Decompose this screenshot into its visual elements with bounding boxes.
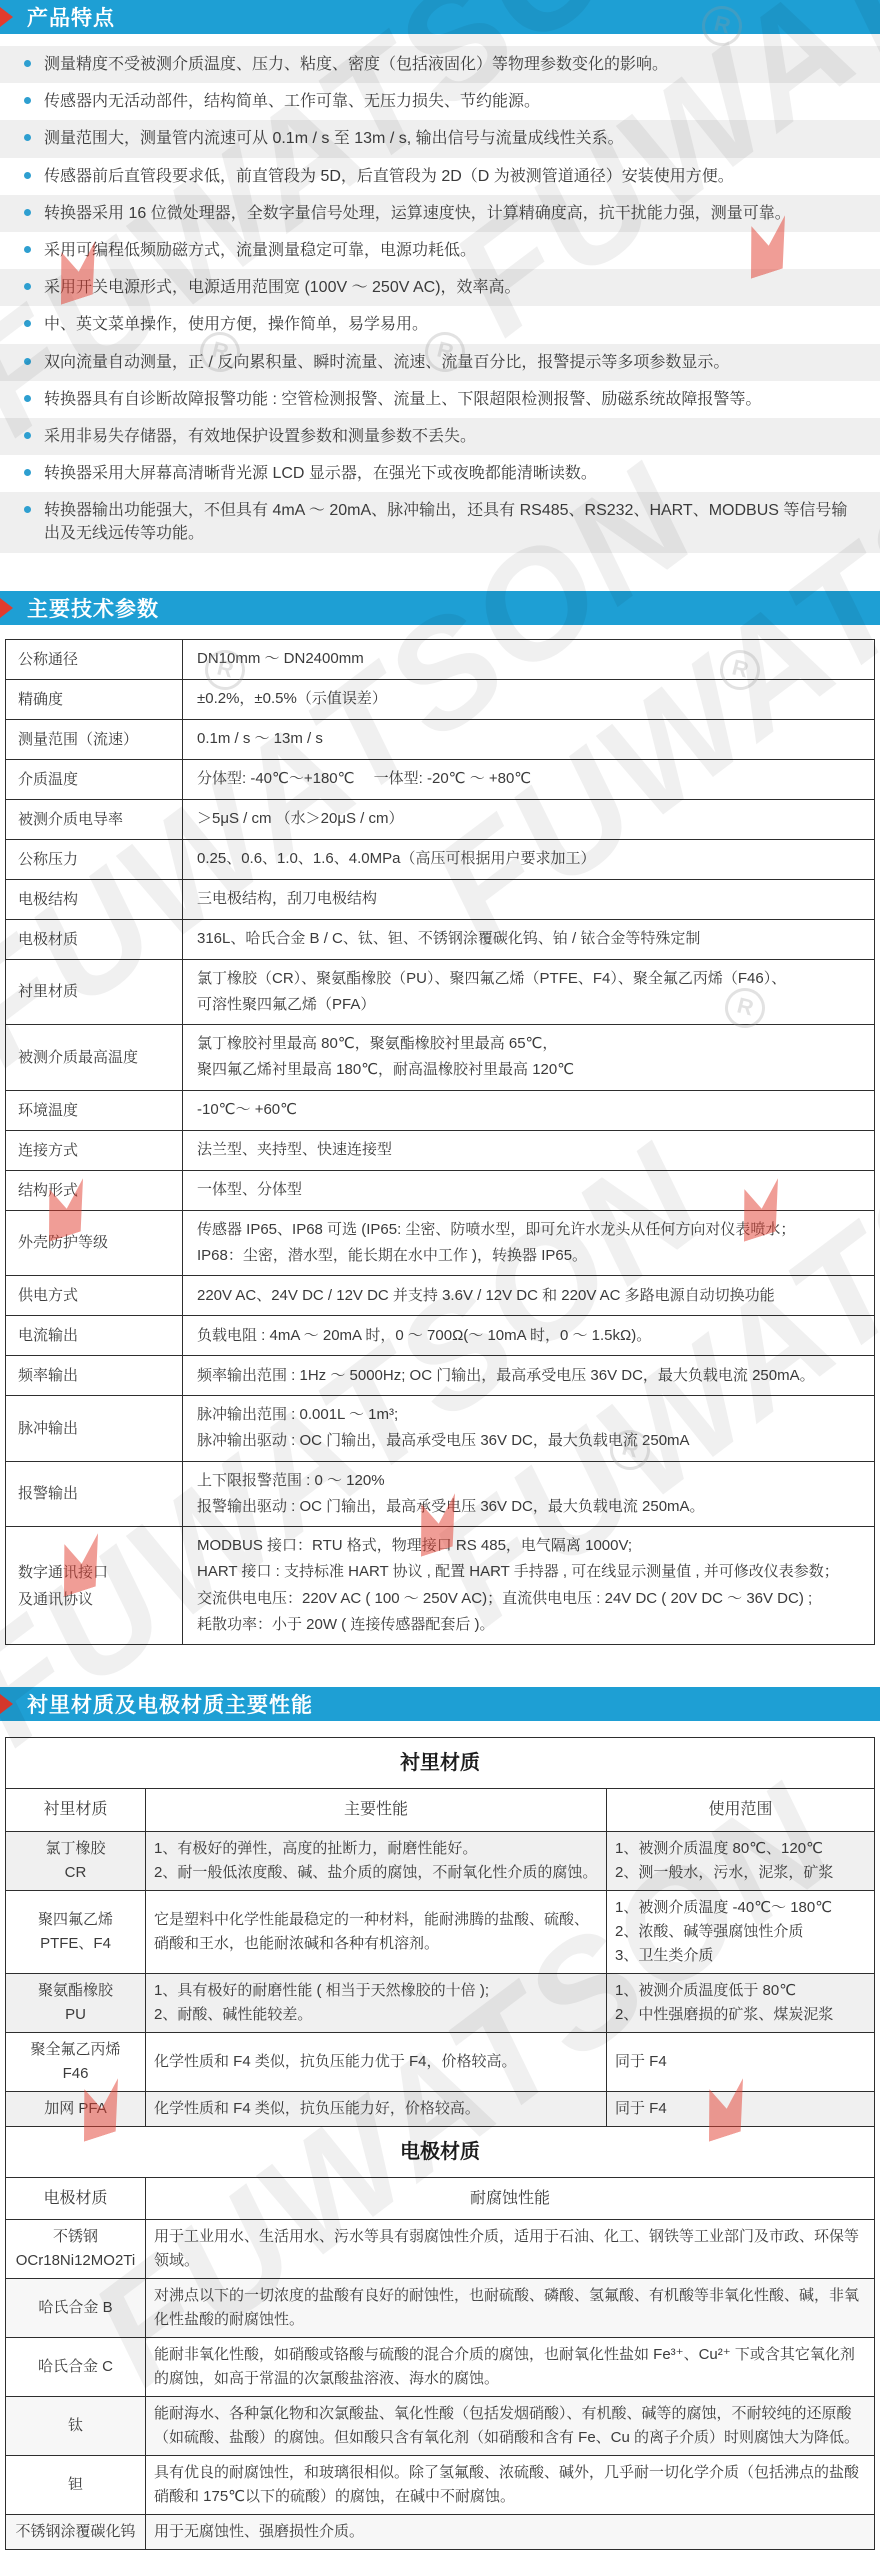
feature-item: 采用可编程低频励磁方式，流量测量稳定可靠，电源功耗低。 — [0, 232, 880, 269]
tech-param-row: 测量范围（流速）0.1m / s ～ 13m / s — [6, 719, 875, 759]
feature-text: 转换器具有自诊断故障报警功能 : 空管检测报警、流量上、下限超限检测报警、励磁系… — [44, 388, 761, 411]
banner-arrow-icon — [0, 1694, 13, 1714]
tech-param-value-line: 可溶性聚四氟乙烯（PFA） — [197, 992, 868, 1018]
lining-name-line: PU — [14, 2003, 137, 2027]
electrode-header-body: 电极材质 电极材质 耐腐蚀性能 — [6, 2126, 875, 2220]
electrode-row: 不锈钢涂覆碳化钨用于无腐蚀性、强磨损性介质。 — [6, 2515, 875, 2550]
tech-param-label: 电流输出 — [6, 1316, 183, 1356]
tech-param-row: 精确度±0.2%，±0.5%（示值误差） — [6, 679, 875, 719]
tech-param-label: 被测介质电导率 — [6, 799, 183, 839]
tech-param-value-line: 三电极结构，刮刀电极结构 — [197, 886, 868, 912]
tech-param-value: 分体型: -40℃～+180℃ 一体型: -20℃ ～ +80℃ — [183, 759, 875, 799]
tech-param-value-line: 法兰型、夹持型、快速连接型 — [197, 1137, 868, 1163]
lining-name-line: F46 — [14, 2062, 137, 2086]
lining-name-line: 聚四氟乙烯 — [14, 1908, 137, 1932]
lining-row: 聚氨酯橡胶PU1、具有极好的耐磨性能 ( 相当于天然橡胶的十倍 );2、耐酸、碱… — [6, 1973, 875, 2032]
tech-params-banner: 主要技术参数 — [0, 591, 880, 625]
tech-param-value-line: DN10mm ～ DN2400mm — [197, 646, 868, 672]
tech-param-label: 外壳防护等级 — [6, 1210, 183, 1276]
feature-item: 双向流量自动测量，正 / 反向累积量、瞬时流量、流速、流量百分比，报警提示等多项… — [0, 344, 880, 381]
electrode-performance: 能耐海水、各种氯化物和次氯酸盐、氧化性酸（包括发烟硝酸）、有机酸、碱等的腐蚀，不… — [146, 2397, 875, 2456]
tech-param-label: 公称压力 — [6, 839, 183, 879]
tech-param-value-line: 脉冲输出驱动 : OC 门输出，最高承受电压 36V DC，最大负载电流 250… — [197, 1428, 868, 1454]
lining-usage-line: 1、被测介质温度 -40℃～ 180℃ — [615, 1896, 866, 1920]
tech-param-row: 脉冲输出脉冲输出范围 : 0.001L ～ 1m³;脉冲输出驱动 : OC 门输… — [6, 1396, 875, 1462]
lining-material-name: 聚四氟乙烯PTFE、F4 — [6, 1890, 146, 1973]
bullet-dot-icon — [24, 395, 31, 402]
electrode-name-line: 钽 — [14, 2473, 137, 2497]
bullet-dot-icon — [24, 506, 31, 513]
electrode-row: 哈氏合金 C能耐非氧化性酸，如硝酸或铬酸与硫酸的混合介质的腐蚀，也耐氧化性盐如 … — [6, 2338, 875, 2397]
bullet-dot-icon — [24, 283, 31, 290]
tech-param-value-line: IP68：尘密，潜水型，能长期在水中工作 )，转换器 IP65。 — [197, 1243, 868, 1269]
feature-item: 转换器采用 16 位微处理器，全数字量信号处理，运算速度快，计算精确度高，抗干扰… — [0, 195, 880, 232]
tech-param-value: 负载电阻 : 4mA ～ 20mA 时，0 ～ 700Ω(～ 10mA 时，0 … — [183, 1316, 875, 1356]
materials-title: 衬里材质及电极材质主要性能 — [27, 1689, 313, 1719]
lining-usage-line: 1、被测介质温度 80℃、120℃ — [615, 1837, 866, 1861]
lining-name-line: CR — [14, 1861, 137, 1885]
bullet-dot-icon — [24, 432, 31, 439]
electrode-subtitle: 电极材质 — [6, 2126, 875, 2177]
tech-param-label: 结构形式 — [6, 1170, 183, 1210]
tech-param-row: 公称通径DN10mm ～ DN2400mm — [6, 639, 875, 679]
tech-param-value-line: 0.1m / s ～ 13m / s — [197, 726, 868, 752]
lining-performance-line: 1、具有极好的耐磨性能 ( 相当于天然橡胶的十倍 ); — [154, 1979, 598, 2003]
electrode-header-material: 电极材质 — [6, 2177, 146, 2220]
tech-param-label: 频率输出 — [6, 1356, 183, 1396]
product-spec-page: 产品特点 测量精度不受被测介质温度、压力、粘度、密度（包括液固化）等物理参数变化… — [0, 0, 880, 2564]
tech-params-table-body: 公称通径DN10mm ～ DN2400mm精确度±0.2%，±0.5%（示值误差… — [6, 639, 875, 1645]
bullet-dot-icon — [24, 172, 31, 179]
electrode-name-line: 不锈钢 — [14, 2225, 137, 2249]
tech-param-row: 外壳防护等级传感器 IP65、IP68 可选 (IP65: 尘密、防喷水型，即可… — [6, 1210, 875, 1276]
tech-param-row: 电流输出负载电阻 : 4mA ～ 20mA 时，0 ～ 700Ω(～ 10mA … — [6, 1316, 875, 1356]
tech-params-title: 主要技术参数 — [27, 593, 159, 623]
lining-table-body: 氯丁橡胶CR1、有极好的弹性，高度的扯断力，耐磨性能好。2、耐一般低浓度酸、碱、… — [6, 1831, 875, 2126]
electrode-column-header-row: 电极材质 耐腐蚀性能 — [6, 2177, 875, 2220]
lining-usage-line: 3、卫生类介质 — [615, 1944, 866, 1968]
bullet-dot-icon — [24, 320, 31, 327]
electrode-material-name: 不锈钢OCr18Ni12MO2Ti — [6, 2220, 146, 2279]
electrode-row: 哈氏合金 B对沸点以下的一切浓度的盐酸有良好的耐蚀性，也耐硫酸、磷酸、氢氟酸、有… — [6, 2279, 875, 2338]
tech-param-value: DN10mm ～ DN2400mm — [183, 639, 875, 679]
tech-param-value: ＞5μS / cm （水＞20μS / cm） — [183, 799, 875, 839]
electrode-name-line: 哈氏合金 C — [14, 2355, 137, 2379]
section-gap — [0, 553, 880, 591]
electrode-material-name: 钛 — [6, 2397, 146, 2456]
tech-param-value-line: 氯丁橡胶（CR）、聚氨酯橡胶（PU）、聚四氟乙烯（PTFE、F4）、聚全氟乙丙烯… — [197, 966, 868, 992]
feature-text: 采用可编程低频励磁方式，流量测量稳定可靠，电源功耗低。 — [44, 239, 476, 262]
page-bottom-pad — [0, 2550, 880, 2564]
feature-text: 传感器前后直管段要求低，前直管段为 5D，后直管段为 2D（D 为被测管道通径）… — [44, 165, 734, 188]
tech-param-row: 环境温度-10℃～ +60℃ — [6, 1090, 875, 1130]
tech-param-value: -10℃～ +60℃ — [183, 1090, 875, 1130]
lining-performance: 化学性质和 F4 类似，抗负压能力优于 F4，价格较高。 — [146, 2032, 607, 2091]
feature-text: 双向流量自动测量，正 / 反向累积量、瞬时流量、流速、流量百分比，报警提示等多项… — [44, 351, 729, 374]
bullet-dot-icon — [24, 469, 31, 476]
feature-item: 中、英文菜单操作，使用方便，操作简单，易学易用。 — [0, 306, 880, 343]
features-banner: 产品特点 — [0, 0, 880, 34]
tech-param-label: 电极材质 — [6, 919, 183, 959]
bullet-dot-icon — [24, 134, 31, 141]
lining-header-material: 衬里材质 — [6, 1789, 146, 1832]
tech-param-row: 结构形式一体型、分体型 — [6, 1170, 875, 1210]
banner-arrow-icon — [0, 7, 13, 27]
electrode-material-name: 哈氏合金 C — [6, 2338, 146, 2397]
lining-performance-line: 它是塑料中化学性能最稳定的一种材料，能耐沸腾的盐酸、硫酸、 — [154, 1908, 598, 1932]
tech-param-label: 电极结构 — [6, 879, 183, 919]
tech-param-value-line: 耗散功率：小于 20W ( 连接传感器配套后 )。 — [197, 1612, 868, 1638]
electrode-performance: 能耐非氧化性酸，如硝酸或铬酸与硫酸的混合介质的腐蚀，也耐氧化性盐如 Fe³⁺、C… — [146, 2338, 875, 2397]
lining-usage-line: 同于 F4 — [615, 2097, 866, 2121]
feature-item: 采用非易失存储器，有效地保护设置参数和测量参数不丢失。 — [0, 418, 880, 455]
bullet-dot-icon — [24, 60, 31, 67]
electrode-name-line: 钛 — [14, 2414, 137, 2438]
tech-param-row: 公称压力0.25、0.6、1.0、1.6、4.0MPa（高压可根据用户要求加工） — [6, 839, 875, 879]
tech-param-label: 公称通径 — [6, 639, 183, 679]
lining-name-line: 聚全氟乙丙烯 — [14, 2038, 137, 2062]
tech-param-value-line: 0.25、0.6、1.0、1.6、4.0MPa（高压可根据用户要求加工） — [197, 846, 868, 872]
electrode-performance: 具有优良的耐腐蚀性，和玻璃很相似。除了氢氟酸、浓硫酸、碱外，几乎耐一切化学介质（… — [146, 2456, 875, 2515]
tech-params-table: 公称通径DN10mm ～ DN2400mm精确度±0.2%，±0.5%（示值误差… — [5, 639, 875, 1646]
tech-param-value-line: 一体型、分体型 — [197, 1177, 868, 1203]
materials-banner: 衬里材质及电极材质主要性能 — [0, 1687, 880, 1721]
tech-param-value-line: -10℃～ +60℃ — [197, 1097, 868, 1123]
feature-text: 传感器内无活动部件，结构简单、工作可靠、无压力损失、节约能源。 — [44, 90, 540, 113]
tech-param-value: 三电极结构，刮刀电极结构 — [183, 879, 875, 919]
lining-row: 加网 PFA化学性质和 F4 类似，抗负压能力好，价格较高。同于 F4 — [6, 2091, 875, 2126]
tech-param-label: 环境温度 — [6, 1090, 183, 1130]
electrode-material-name: 钽 — [6, 2456, 146, 2515]
lining-performance-line: 2、耐一般低浓度酸、碱、盐介质的腐蚀，不耐氧化性介质的腐蚀。 — [154, 1861, 598, 1885]
tech-param-value: 0.25、0.6、1.0、1.6、4.0MPa（高压可根据用户要求加工） — [183, 839, 875, 879]
tech-param-label: 连接方式 — [6, 1130, 183, 1170]
tech-param-value-line: HART 接口 : 支持标准 HART 协议 , 配置 HART 手持器 , 可… — [197, 1559, 868, 1585]
lining-material-name: 氯丁橡胶CR — [6, 1831, 146, 1890]
feature-text: 测量范围大，测量管内流速可从 0.1m / s 至 13m / s, 输出信号与… — [44, 127, 624, 150]
lining-material-name: 聚全氟乙丙烯F46 — [6, 2032, 146, 2091]
bullet-dot-icon — [24, 97, 31, 104]
bullet-dot-icon — [24, 209, 31, 216]
lining-performance: 1、具有极好的耐磨性能 ( 相当于天然橡胶的十倍 );2、耐酸、碱性能较差。 — [146, 1973, 607, 2032]
tech-param-label: 报警输出 — [6, 1461, 183, 1527]
lining-row: 聚全氟乙丙烯F46化学性质和 F4 类似，抗负压能力优于 F4，价格较高。同于 … — [6, 2032, 875, 2091]
feature-item: 测量精度不受被测介质温度、压力、粘度、密度（包括液固化）等物理参数变化的影响。 — [0, 46, 880, 83]
lining-usage: 1、被测介质温度 -40℃～ 180℃2、浓酸、碱等强腐蚀性介质3、卫生类介质 — [607, 1890, 875, 1973]
tech-param-value: 一体型、分体型 — [183, 1170, 875, 1210]
tech-param-value-line: ±0.2%，±0.5%（示值误差） — [197, 686, 868, 712]
tech-param-row: 频率输出频率输出范围 : 1Hz ～ 5000Hz; OC 门输出，最高承受电压… — [6, 1356, 875, 1396]
tech-param-row: 被测介质最高温度氯丁橡胶衬里最高 80℃，聚氨酯橡胶衬里最高 65℃，聚四氟乙烯… — [6, 1025, 875, 1091]
tech-param-value-line: 聚四氟乙烯衬里最高 180℃，耐高温橡胶衬里最高 120℃ — [197, 1057, 868, 1083]
banner-arrow-icon — [0, 598, 13, 618]
lining-performance-line: 1、有极好的弹性，高度的扯断力，耐磨性能好。 — [154, 1837, 598, 1861]
section-gap — [0, 1645, 880, 1687]
feature-text: 测量精度不受被测介质温度、压力、粘度、密度（包括液固化）等物理参数变化的影响。 — [44, 53, 668, 76]
electrode-name-line: OCr18Ni12MO2Ti — [14, 2249, 137, 2273]
lining-column-header-row: 衬里材质 主要性能 使用范围 — [6, 1789, 875, 1832]
lining-usage: 1、被测介质温度 80℃、120℃2、测一般水，污水，泥浆，矿浆 — [607, 1831, 875, 1890]
tech-param-value-line: 氯丁橡胶衬里最高 80℃，聚氨酯橡胶衬里最高 65℃， — [197, 1031, 868, 1057]
lining-usage: 同于 F4 — [607, 2032, 875, 2091]
lining-performance-line: 化学性质和 F4 类似，抗负压能力好，价格较高。 — [154, 2097, 598, 2121]
tech-param-label: 数字通讯接口 及通讯协议 — [6, 1527, 183, 1645]
tech-param-value: 氯丁橡胶（CR）、聚氨酯橡胶（PU）、聚四氟乙烯（PTFE、F4）、聚全氟乙丙烯… — [183, 959, 875, 1025]
lining-material-name: 加网 PFA — [6, 2091, 146, 2126]
tech-param-label: 介质温度 — [6, 759, 183, 799]
tech-param-label: 脉冲输出 — [6, 1396, 183, 1462]
tech-param-value: ±0.2%，±0.5%（示值误差） — [183, 679, 875, 719]
lining-header-performance: 主要性能 — [146, 1789, 607, 1832]
electrode-performance: 对沸点以下的一切浓度的盐酸有良好的耐蚀性，也耐硫酸、磷酸、氢氟酸、有机酸等非氧化… — [146, 2279, 875, 2338]
tech-param-label: 精确度 — [6, 679, 183, 719]
electrode-row: 不锈钢OCr18Ni12MO2Ti用于工业用水、生活用水、污水等具有弱腐蚀性介质… — [6, 2220, 875, 2279]
lining-performance-line: 化学性质和 F4 类似，抗负压能力优于 F4，价格较高。 — [154, 2050, 598, 2074]
tech-param-row: 连接方式法兰型、夹持型、快速连接型 — [6, 1130, 875, 1170]
tech-param-row: 供电方式220V AC、24V DC / 12V DC 并支持 3.6V / 1… — [6, 1276, 875, 1316]
tech-param-value: 脉冲输出范围 : 0.001L ～ 1m³;脉冲输出驱动 : OC 门输出，最高… — [183, 1396, 875, 1462]
tech-param-value: 频率输出范围 : 1Hz ～ 5000Hz; OC 门输出，最高承受电压 36V… — [183, 1356, 875, 1396]
electrode-table-body: 不锈钢OCr18Ni12MO2Ti用于工业用水、生活用水、污水等具有弱腐蚀性介质… — [6, 2220, 875, 2550]
electrode-material-name: 哈氏合金 B — [6, 2279, 146, 2338]
tech-param-value: 法兰型、夹持型、快速连接型 — [183, 1130, 875, 1170]
bullet-dot-icon — [24, 246, 31, 253]
tech-params-section: 主要技术参数 公称通径DN10mm ～ DN2400mm精确度±0.2%，±0.… — [0, 591, 880, 1646]
lining-usage-line: 2、浓酸、碱等强腐蚀性介质 — [615, 1920, 866, 1944]
tech-param-label: 测量范围（流速） — [6, 719, 183, 759]
electrode-name-line: 哈氏合金 B — [14, 2296, 137, 2320]
materials-table: 衬里材质 衬里材质 主要性能 使用范围 氯丁橡胶CR1、有极好的弹性，高度的扯断… — [5, 1737, 875, 2550]
tech-param-value-line: 220V AC、24V DC / 12V DC 并支持 3.6V / 12V D… — [197, 1283, 868, 1309]
features-title: 产品特点 — [27, 2, 115, 32]
tech-param-value-line: 频率输出范围 : 1Hz ～ 5000Hz; OC 门输出，最高承受电压 36V… — [197, 1363, 868, 1389]
bullet-dot-icon — [24, 358, 31, 365]
feature-text: 转换器采用 16 位微处理器，全数字量信号处理，运算速度快，计算精确度高，抗干扰… — [44, 202, 791, 225]
feature-text: 转换器输出功能强大，不但具有 4mA ～ 20mA、脉冲输出，还具有 RS485… — [44, 499, 854, 545]
lining-performance: 它是塑料中化学性能最稳定的一种材料，能耐沸腾的盐酸、硫酸、硝酸和王水，也能耐浓碱… — [146, 1890, 607, 1973]
electrode-material-name: 不锈钢涂覆碳化钨 — [6, 2515, 146, 2550]
lining-header-body: 衬里材质 衬里材质 主要性能 使用范围 — [6, 1738, 875, 1832]
electrode-row: 钛能耐海水、各种氯化物和次氯酸盐、氧化性酸（包括发烟硝酸）、有机酸、碱等的腐蚀，… — [6, 2397, 875, 2456]
tech-param-value-line: 负载电阻 : 4mA ～ 20mA 时，0 ～ 700Ω(～ 10mA 时，0 … — [197, 1323, 868, 1349]
lining-performance-line: 2、耐酸、碱性能较差。 — [154, 2003, 598, 2027]
feature-item: 测量范围大，测量管内流速可从 0.1m / s 至 13m / s, 输出信号与… — [0, 120, 880, 157]
tech-param-value: 上下限报警范围 : 0 ～ 120%报警输出驱动 : OC 门输出，最高承受电压… — [183, 1461, 875, 1527]
electrode-name-line: 不锈钢涂覆碳化钨 — [14, 2520, 137, 2544]
tech-param-value-line: 脉冲输出范围 : 0.001L ～ 1m³; — [197, 1402, 868, 1428]
features-section: 产品特点 测量精度不受被测介质温度、压力、粘度、密度（包括液固化）等物理参数变化… — [0, 0, 880, 553]
feature-item: 转换器采用大屏幕高清晰背光源 LCD 显示器，在强光下或夜晚都能清晰读数。 — [0, 455, 880, 492]
electrode-performance: 用于工业用水、生活用水、污水等具有弱腐蚀性介质，适用于石油、化工、钢铁等工业部门… — [146, 2220, 875, 2279]
tech-param-value-line: ＞5μS / cm （水＞20μS / cm） — [197, 806, 868, 832]
lining-usage: 1、被测介质温度低于 80℃2、中性强磨损的矿浆、煤炭泥浆 — [607, 1973, 875, 2032]
lining-usage-line: 2、中性强磨损的矿浆、煤炭泥浆 — [615, 2003, 866, 2027]
feature-text: 转换器采用大屏幕高清晰背光源 LCD 显示器，在强光下或夜晚都能清晰读数。 — [44, 462, 597, 485]
tech-param-value-line: 交流供电电压：220V AC ( 100 ～ 250V AC)；直流供电电压 :… — [197, 1586, 868, 1612]
tech-param-value-line: 分体型: -40℃～+180℃ 一体型: -20℃ ～ +80℃ — [197, 766, 868, 792]
tech-param-value-line: 传感器 IP65、IP68 可选 (IP65: 尘密、防喷水型，即可允许水龙头从… — [197, 1217, 868, 1243]
tech-param-row: 被测介质电导率＞5μS / cm （水＞20μS / cm） — [6, 799, 875, 839]
feature-item: 传感器前后直管段要求低，前直管段为 5D，后直管段为 2D（D 为被测管道通径）… — [0, 158, 880, 195]
feature-list: 测量精度不受被测介质温度、压力、粘度、密度（包括液固化）等物理参数变化的影响。传… — [0, 46, 880, 553]
lining-performance-line: 硝酸和王水，也能耐浓碱和各种有机溶剂。 — [154, 1932, 598, 1956]
tech-param-value-line: 上下限报警范围 : 0 ～ 120% — [197, 1468, 868, 1494]
tech-param-label: 被测介质最高温度 — [6, 1025, 183, 1091]
electrode-header-corrosion: 耐腐蚀性能 — [146, 2177, 875, 2220]
lining-material-name: 聚氨酯橡胶PU — [6, 1973, 146, 2032]
lining-name-line: PTFE、F4 — [14, 1932, 137, 1956]
lining-performance: 1、有极好的弹性，高度的扯断力，耐磨性能好。2、耐一般低浓度酸、碱、盐介质的腐蚀… — [146, 1831, 607, 1890]
feature-item: 传感器内无活动部件，结构简单、工作可靠、无压力损失、节约能源。 — [0, 83, 880, 120]
electrode-row: 钽具有优良的耐腐蚀性，和玻璃很相似。除了氢氟酸、浓硫酸、碱外，几乎耐一切化学介质… — [6, 2456, 875, 2515]
lining-usage-line: 2、测一般水，污水，泥浆，矿浆 — [615, 1861, 866, 1885]
materials-section: 衬里材质及电极材质主要性能 衬里材质 衬里材质 主要性能 使用范围 氯丁橡胶CR… — [0, 1687, 880, 2550]
feature-item: 采用开关电源形式，电源适用范围宽 (100V ～ 250V AC)，效率高。 — [0, 269, 880, 306]
tech-param-value: 316L、哈氏合金 B / C、钛、钽、不锈钢涂覆碳化钨、铂 / 铱合金等特殊定… — [183, 919, 875, 959]
feature-text: 采用开关电源形式，电源适用范围宽 (100V ～ 250V AC)，效率高。 — [44, 276, 521, 299]
tech-param-row: 电极结构三电极结构，刮刀电极结构 — [6, 879, 875, 919]
tech-param-value-line: 316L、哈氏合金 B / C、钛、钽、不锈钢涂覆碳化钨、铂 / 铱合金等特殊定… — [197, 926, 868, 952]
feature-text: 中、英文菜单操作，使用方便，操作简单，易学易用。 — [44, 313, 428, 336]
lining-subheader-row: 衬里材质 — [6, 1738, 875, 1789]
tech-param-row: 电极材质316L、哈氏合金 B / C、钛、钽、不锈钢涂覆碳化钨、铂 / 铱合金… — [6, 919, 875, 959]
lining-name-line: 加网 PFA — [14, 2097, 137, 2121]
electrode-subheader-row: 电极材质 — [6, 2126, 875, 2177]
tech-param-row: 介质温度分体型: -40℃～+180℃ 一体型: -20℃ ～ +80℃ — [6, 759, 875, 799]
tech-param-value: 传感器 IP65、IP68 可选 (IP65: 尘密、防喷水型，即可允许水龙头从… — [183, 1210, 875, 1276]
feature-item: 转换器输出功能强大，不但具有 4mA ～ 20mA、脉冲输出，还具有 RS485… — [0, 492, 880, 552]
lining-usage-line: 同于 F4 — [615, 2050, 866, 2074]
lining-header-usage: 使用范围 — [607, 1789, 875, 1832]
lining-name-line: 聚氨酯橡胶 — [14, 1979, 137, 2003]
tech-param-value: MODBUS 接口：RTU 格式，物理接口 RS 485，电气隔离 1000V;… — [183, 1527, 875, 1645]
tech-param-label: 供电方式 — [6, 1276, 183, 1316]
lining-row: 聚四氟乙烯PTFE、F4它是塑料中化学性能最稳定的一种材料，能耐沸腾的盐酸、硫酸… — [6, 1890, 875, 1973]
feature-item: 转换器具有自诊断故障报警功能 : 空管检测报警、流量上、下限超限检测报警、励磁系… — [0, 381, 880, 418]
electrode-performance: 用于无腐蚀性、强磨损性介质。 — [146, 2515, 875, 2550]
lining-usage-line: 1、被测介质温度低于 80℃ — [615, 1979, 866, 2003]
tech-param-value-line: MODBUS 接口：RTU 格式，物理接口 RS 485，电气隔离 1000V; — [197, 1533, 868, 1559]
feature-text: 采用非易失存储器，有效地保护设置参数和测量参数不丢失。 — [44, 425, 476, 448]
tech-param-value: 0.1m / s ～ 13m / s — [183, 719, 875, 759]
lining-subtitle: 衬里材质 — [6, 1738, 875, 1789]
lining-performance: 化学性质和 F4 类似，抗负压能力好，价格较高。 — [146, 2091, 607, 2126]
lining-row: 氯丁橡胶CR1、有极好的弹性，高度的扯断力，耐磨性能好。2、耐一般低浓度酸、碱、… — [6, 1831, 875, 1890]
lining-name-line: 氯丁橡胶 — [14, 1837, 137, 1861]
tech-param-row: 数字通讯接口 及通讯协议MODBUS 接口：RTU 格式，物理接口 RS 485… — [6, 1527, 875, 1645]
tech-param-label: 衬里材质 — [6, 959, 183, 1025]
lining-usage: 同于 F4 — [607, 2091, 875, 2126]
tech-param-value: 220V AC、24V DC / 12V DC 并支持 3.6V / 12V D… — [183, 1276, 875, 1316]
tech-param-row: 报警输出上下限报警范围 : 0 ～ 120%报警输出驱动 : OC 门输出，最高… — [6, 1461, 875, 1527]
tech-param-row: 衬里材质氯丁橡胶（CR）、聚氨酯橡胶（PU）、聚四氟乙烯（PTFE、F4）、聚全… — [6, 959, 875, 1025]
tech-param-value-line: 报警输出驱动 : OC 门输出，最高承受电压 36V DC，最大负载电流 250… — [197, 1494, 868, 1520]
tech-param-value: 氯丁橡胶衬里最高 80℃，聚氨酯橡胶衬里最高 65℃，聚四氟乙烯衬里最高 180… — [183, 1025, 875, 1091]
